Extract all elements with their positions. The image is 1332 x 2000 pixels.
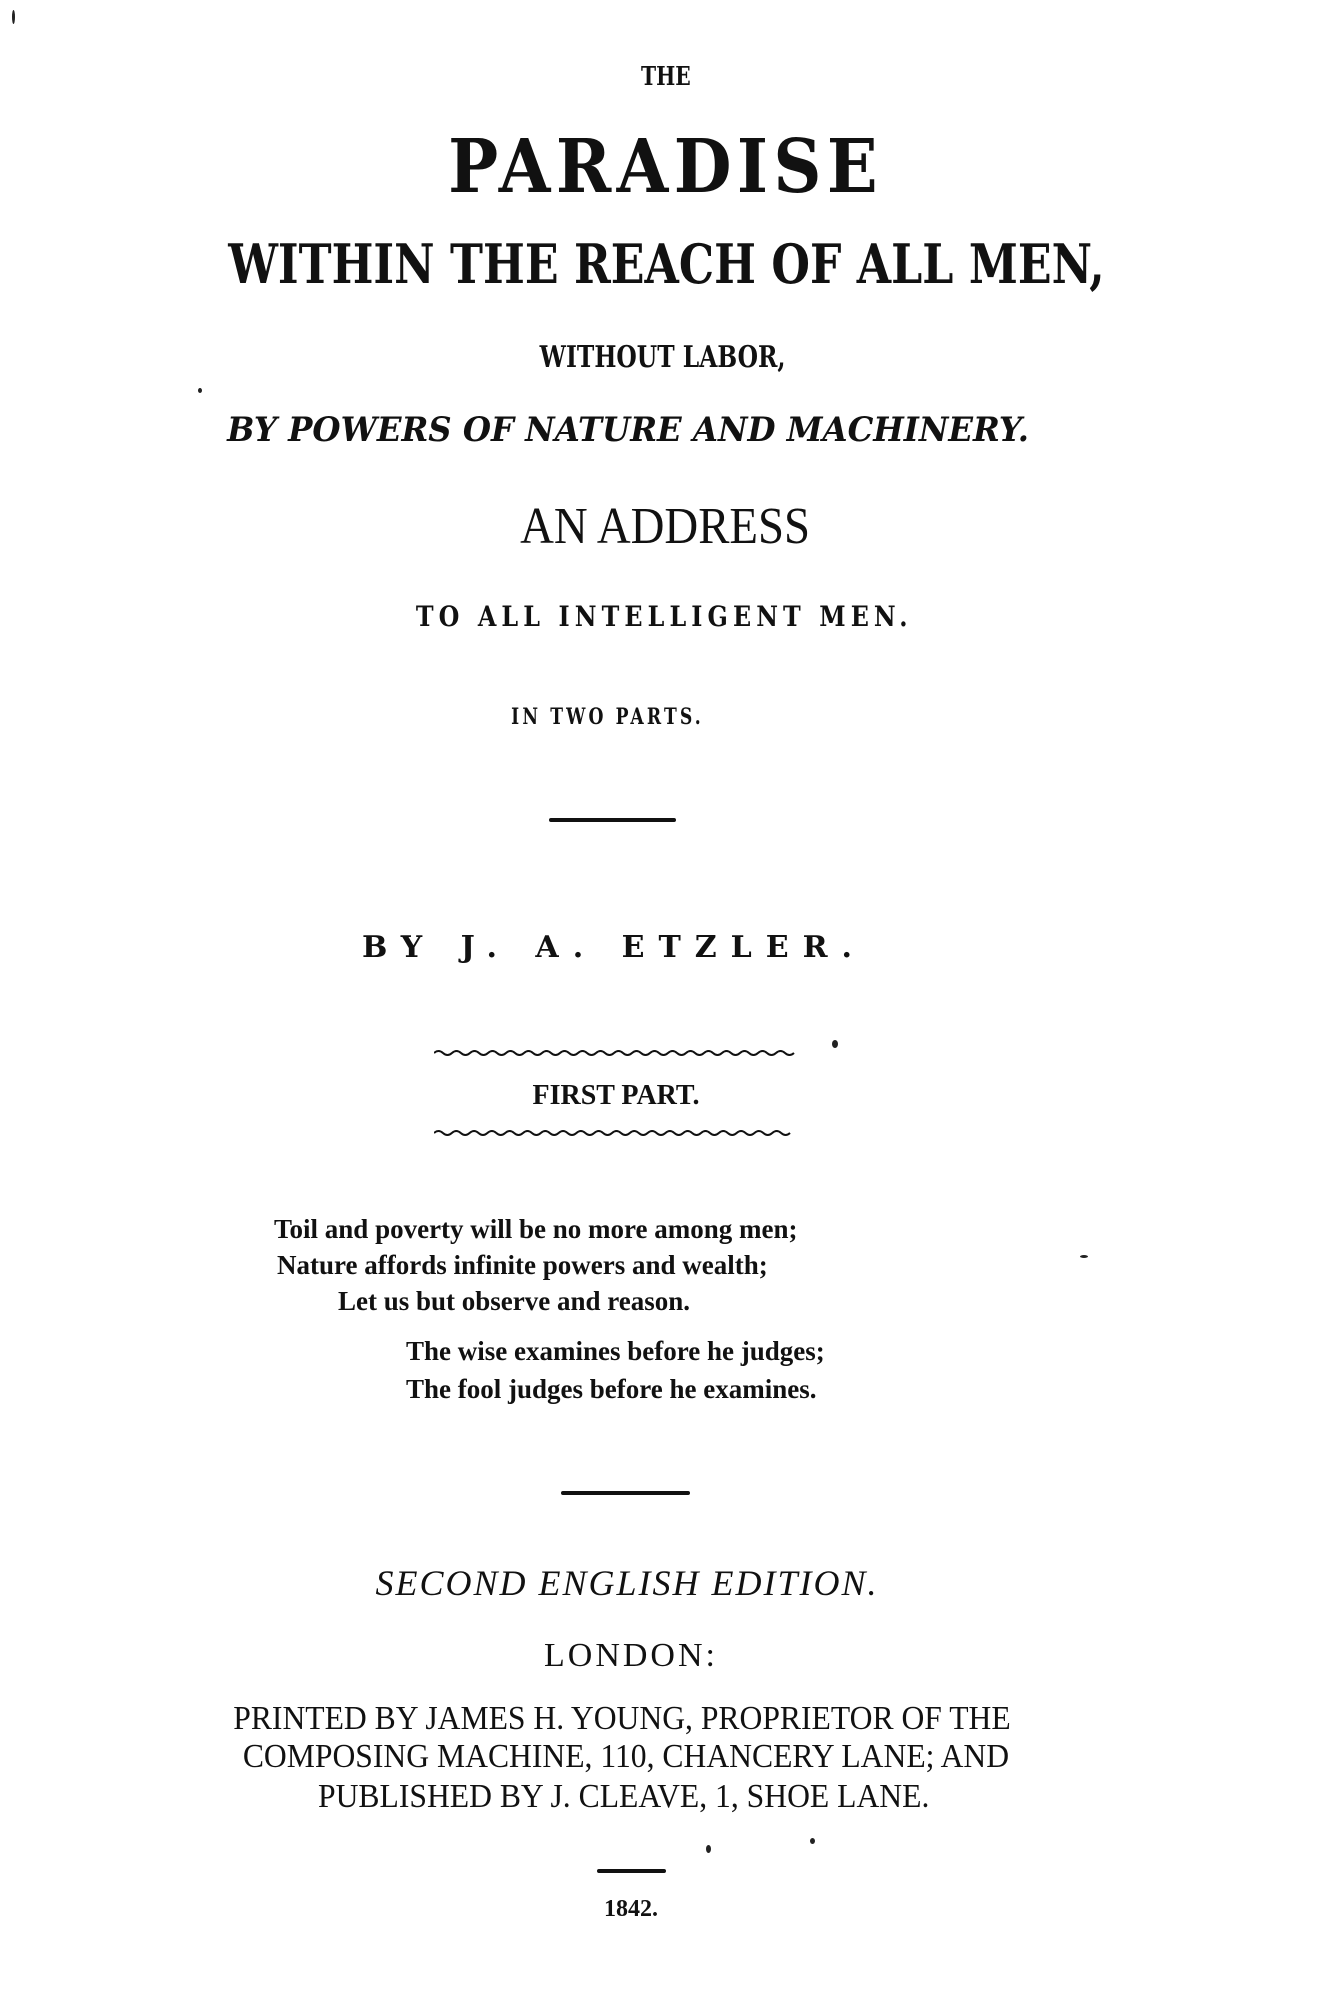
epigraph-line: Nature affords infinite powers and wealt… xyxy=(277,1250,768,1281)
title-the: THE xyxy=(0,62,1332,92)
in-two-parts: IN TWO PARTS. xyxy=(0,704,1274,730)
edition-text: SECOND ENGLISH EDITION. xyxy=(375,1563,878,1603)
wavy-rule xyxy=(434,1128,794,1138)
divider-rule xyxy=(597,1869,666,1873)
epigraph-line: Let us but observe and reason. xyxy=(338,1286,690,1317)
subtitle: WITHIN THE REACH OF ALL MEN, xyxy=(0,232,1332,296)
place-text: LONDON: xyxy=(544,1637,718,1674)
year-text: 1842. xyxy=(604,1896,658,1922)
title-the-text: THE xyxy=(641,62,691,92)
part-label: FIRST PART. xyxy=(0,1080,1282,1112)
place: LONDON: xyxy=(0,1637,1297,1675)
divider-rule xyxy=(561,1491,690,1495)
to-all-men-text: TO ALL INTELLIGENT MEN. xyxy=(416,600,913,633)
without-labor: WITHOUT LABOR, xyxy=(0,340,1329,375)
scan-speck xyxy=(12,10,15,24)
divider-rule xyxy=(549,818,676,822)
epigraph-line: Toil and poverty will be no more among m… xyxy=(274,1214,798,1245)
imprint-line-text: COMPOSING MACHINE, 110, CHANCERY LANE; A… xyxy=(243,1738,1009,1776)
scan-speck xyxy=(198,388,202,393)
scan-speck xyxy=(810,1838,815,1844)
scan-speck xyxy=(832,1040,838,1048)
epigraph-line: The wise examines before he judges; xyxy=(406,1336,825,1367)
epigraph-line: The fool judges before he examines. xyxy=(406,1374,816,1405)
main-title: PARADISE xyxy=(0,124,1332,210)
imprint-line: COMPOSING MACHINE, 110, CHANCERY LANE; A… xyxy=(0,1738,1292,1776)
address-heading: AN ADDRESS xyxy=(0,497,1331,556)
imprint-line-text: PRINTED BY JAMES H. YOUNG, PROPRIETOR OF… xyxy=(233,1700,1010,1738)
in-two-parts-text: IN TWO PARTS. xyxy=(512,704,705,730)
main-title-text: PARADISE xyxy=(449,124,884,210)
by-powers: BY POWERS OF NATURE AND MACHINERY. xyxy=(0,410,1294,450)
scan-speck xyxy=(706,1845,711,1853)
wavy-rule xyxy=(434,1048,798,1058)
author: BY J. A. ETZLER. xyxy=(0,930,1280,965)
imprint-line: PRINTED BY JAMES H. YOUNG, PROPRIETOR OF… xyxy=(0,1700,1288,1738)
imprint-line-text: PUBLISHED BY J. CLEAVE, 1, SHOE LANE. xyxy=(318,1778,929,1816)
part-label-text: FIRST PART. xyxy=(532,1080,699,1111)
subtitle-text: WITHIN THE REACH OF ALL MEN, xyxy=(228,232,1104,296)
author-text: BY J. A. ETZLER. xyxy=(362,930,866,965)
imprint-line: PUBLISHED BY J. CLEAVE, 1, SHOE LANE. xyxy=(0,1778,1290,1816)
address-heading-text: AN ADDRESS xyxy=(520,497,810,556)
by-powers-text: BY POWERS OF NATURE AND MACHINERY. xyxy=(227,410,1029,450)
to-all-men: TO ALL INTELLIGENT MEN. xyxy=(0,600,1330,633)
scan-speck xyxy=(1080,1255,1088,1258)
edition: SECOND ENGLISH EDITION. xyxy=(0,1562,1293,1604)
without-labor-text: WITHOUT LABOR, xyxy=(540,340,786,375)
year: 1842. xyxy=(0,1896,1297,1923)
